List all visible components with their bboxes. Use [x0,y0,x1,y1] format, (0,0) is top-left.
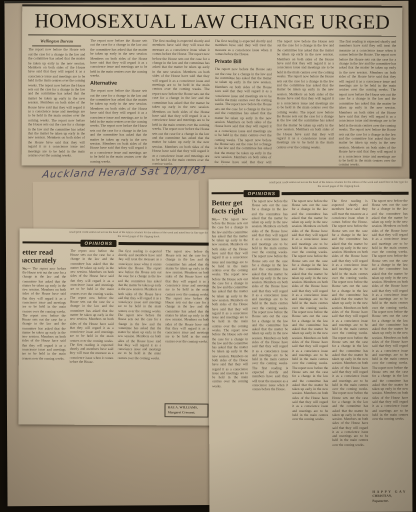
headline-rule [28,34,396,36]
clipping-law-change-article: HOMOSEXUAL LAW CHANGE URGED Wellington B… [22,4,403,166]
article-text: The report now before the House sets out… [90,89,147,164]
letter-signature-box: RAE A. WILLIAMS, Margaret Crescent. [165,403,209,417]
letter-text: The report now before the House sets out… [292,199,329,421]
article-text: The report now before the House sets out… [214,67,272,165]
letter-text: The report now before the House sets out… [212,217,248,388]
letter-headline: Letter read inaccurately [21,248,66,264]
scrapbook-photo: HOMOSEXUAL LAW CHANGE URGED Wellington B… [0,0,416,512]
article-byline: Wellington Bureau [28,38,85,43]
credit-microprint: small print credit entries set across th… [268,181,410,189]
letter-text: The first reading is expected shortly an… [70,343,114,364]
band-rule-right [282,192,409,195]
article-text: The report now before the House sets out… [152,52,210,165]
letter-text: The report now before the House sets out… [252,199,288,366]
letter-column-4: The report now before the House sets out… [165,249,210,417]
clipping-letter-read-inaccurately: small print credit entries set across th… [18,228,212,425]
letter-headline-line2: inaccurately [21,256,66,264]
article-text: The report now before the House sets out… [28,48,86,158]
byline-rule [32,45,81,46]
letter-column-1: Letter read inaccurately Sir,— The repor… [21,248,66,416]
article-text: The report now before the House sets out… [276,39,334,149]
letter-column-2: The report now before the House sets out… [69,248,114,416]
article-text: The report now before the House sets out… [90,39,147,78]
opinions-band: OPINIONS [212,190,409,197]
article-column-6: The first reading is expected shortly an… [339,39,397,165]
opinions-band: OPINIONS [22,239,209,247]
signature-address: Margaret Crescent. [168,410,206,415]
letter-headline-line2: facts right [212,207,248,215]
article-headline: HOMOSEXUAL LAW CHANGE URGED [28,10,396,34]
letter-text: The report now before the House sets out… [70,248,114,342]
letter-signature: HAPPY GAY CHRISTIAN, Papatoetoe. [372,490,408,503]
article-columns: Wellington Bureau The report now before … [28,38,396,165]
letter-column-1: Better get facts right Sir,— The report … [212,199,249,403]
article-text: The report now before the House sets out… [339,53,397,166]
letters-columns: Letter read inaccurately Sir,— The repor… [21,248,209,417]
letter-text: The first reading is expected shortly an… [252,366,288,392]
letter-text: The report now before the House sets out… [117,266,161,360]
letter-text: The report now before the House sets out… [372,198,409,487]
signature-line3: Papatoetoe. [372,498,408,502]
article-column-1: Wellington Bureau The report now before … [28,38,86,164]
subhead-private-bill: Private Bill [215,59,272,66]
letter-column-5: The report now before the House sets out… [372,198,409,502]
band-rule-right [119,242,210,245]
article-text: The first reading is expected shortly an… [215,39,272,56]
letter-text: The report now before the House sets out… [165,249,210,401]
letter-column-2: The report now before the House sets out… [252,199,289,403]
opinions-section-label: OPINIONS [80,240,116,247]
clipping-better-get-facts-right: small print credit entries set across th… [209,179,413,512]
article-column-3: The first reading is expected shortly an… [152,39,210,165]
letter-text: The first reading is expected shortly an… [332,199,368,225]
letter-text: The report now before the House sets out… [22,266,66,360]
subhead-alternative: Alternative [90,81,147,88]
letter-text: The report now before the House sets out… [332,224,369,446]
blank-paper-patch [33,180,199,229]
letter-column-3: The first reading is expected shortly an… [117,249,162,417]
credit-microprint: small print credit entries set across th… [69,231,209,240]
article-column-2: The report now before the House sets out… [90,39,148,165]
article-column-4: The first reading is expected shortly an… [214,39,272,165]
letter-column-3: The report now before the House sets out… [292,199,329,503]
band-rule-left [23,242,81,244]
band-rule-left [212,193,244,195]
letter-headline: Better get facts right [212,199,248,215]
letters-columns: Better get facts right Sir,— The report … [212,198,410,503]
article-column-5: The report now before the House sets out… [276,39,334,165]
opinions-section-label: OPINIONS [244,190,280,197]
letter-column-4: The first reading is expected shortly an… [332,199,369,503]
